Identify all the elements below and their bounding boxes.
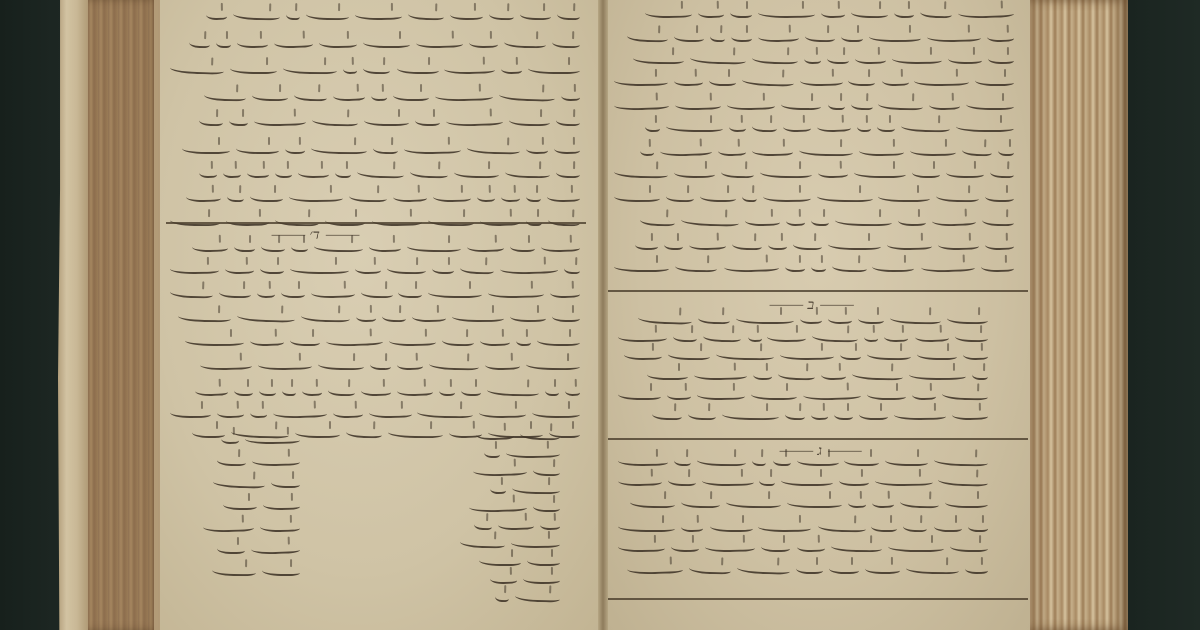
ink-word bbox=[841, 30, 863, 41]
left-section-divider bbox=[166, 222, 586, 224]
ink-word bbox=[226, 214, 269, 226]
handwritten-line bbox=[618, 560, 988, 576]
ink-word bbox=[946, 166, 984, 177]
ink-word bbox=[290, 334, 320, 345]
ink-word bbox=[442, 334, 474, 345]
ink-word bbox=[170, 286, 213, 298]
ink-word bbox=[885, 454, 928, 465]
ink-word bbox=[614, 190, 660, 201]
ink-word bbox=[729, 120, 746, 131]
ink-word bbox=[867, 388, 906, 399]
handwritten-line bbox=[618, 386, 988, 402]
ink-word bbox=[674, 454, 691, 465]
ink-word bbox=[460, 262, 494, 274]
ink-word bbox=[962, 144, 992, 156]
ink-word bbox=[397, 358, 423, 370]
ink-word bbox=[624, 348, 662, 359]
handwritten-line bbox=[170, 164, 580, 180]
ink-word bbox=[416, 36, 463, 48]
handwritten-line bbox=[190, 474, 300, 490]
ink-word bbox=[368, 406, 411, 418]
ink-word bbox=[800, 312, 822, 323]
ink-word bbox=[554, 142, 580, 153]
handwritten-line bbox=[614, 164, 1014, 180]
ink-word bbox=[382, 310, 406, 321]
ink-word bbox=[618, 454, 668, 466]
ink-word bbox=[781, 98, 821, 109]
ink-word bbox=[537, 334, 580, 345]
ink-word bbox=[326, 334, 383, 347]
ink-word bbox=[259, 384, 276, 395]
ink-word bbox=[681, 520, 704, 532]
handwritten-line bbox=[170, 356, 580, 372]
ink-word bbox=[742, 74, 794, 87]
ink-word bbox=[363, 62, 391, 74]
ink-word bbox=[933, 520, 961, 531]
ink-word bbox=[404, 142, 461, 154]
ink-word bbox=[821, 368, 846, 380]
ink-word bbox=[787, 496, 842, 507]
ink-word bbox=[407, 240, 461, 251]
ink-word bbox=[460, 536, 505, 548]
ink-word bbox=[857, 120, 871, 131]
ink-word bbox=[640, 144, 654, 155]
ink-word bbox=[942, 388, 988, 400]
ink-word bbox=[839, 474, 869, 485]
ink-word bbox=[844, 454, 879, 465]
ink-word bbox=[170, 262, 219, 274]
ink-word bbox=[370, 358, 391, 369]
ink-word bbox=[283, 62, 337, 74]
ink-word bbox=[854, 166, 906, 177]
ink-word bbox=[186, 190, 221, 202]
ink-word bbox=[262, 564, 300, 575]
handwritten-line bbox=[618, 366, 988, 382]
ink-word bbox=[710, 30, 725, 42]
ink-word bbox=[878, 98, 923, 110]
ink-word bbox=[233, 8, 280, 20]
ink-word bbox=[906, 562, 959, 574]
ink-word bbox=[509, 114, 550, 125]
ink-word bbox=[328, 384, 355, 396]
ink-word bbox=[415, 114, 440, 125]
ink-word bbox=[668, 474, 696, 485]
ink-word bbox=[480, 214, 520, 226]
ink-word bbox=[963, 348, 988, 359]
ink-word bbox=[667, 388, 692, 400]
ink-word bbox=[490, 482, 506, 493]
ink-word bbox=[817, 190, 873, 201]
ink-word bbox=[768, 238, 787, 249]
ink-word bbox=[828, 98, 845, 109]
ink-word bbox=[688, 408, 716, 420]
ink-word bbox=[393, 89, 429, 100]
ink-word bbox=[745, 214, 780, 226]
handwritten-line bbox=[460, 552, 560, 568]
right-page-stack bbox=[1030, 0, 1128, 630]
ink-word bbox=[640, 214, 675, 226]
ink-word bbox=[780, 348, 834, 360]
ink-word bbox=[890, 312, 941, 324]
ink-word bbox=[387, 262, 426, 273]
ink-word bbox=[408, 8, 444, 20]
ink-word bbox=[618, 474, 662, 486]
ink-word bbox=[827, 52, 849, 63]
ink-word bbox=[556, 166, 580, 177]
ink-word bbox=[618, 520, 675, 531]
ink-word bbox=[758, 30, 799, 42]
ink-word bbox=[484, 446, 500, 457]
ink-word bbox=[498, 518, 534, 530]
ink-word bbox=[178, 310, 231, 322]
ink-word bbox=[752, 144, 793, 156]
handwritten-line bbox=[190, 430, 300, 446]
ink-word bbox=[800, 74, 843, 86]
ink-word bbox=[645, 120, 660, 131]
ink-word bbox=[369, 240, 401, 251]
handwritten-line bbox=[170, 404, 580, 420]
ink-word bbox=[219, 286, 251, 297]
handwritten-line bbox=[170, 238, 580, 254]
ink-word bbox=[956, 120, 1014, 131]
ink-word bbox=[311, 286, 355, 298]
ink-word bbox=[828, 238, 881, 249]
ink-word bbox=[170, 62, 224, 75]
ink-word bbox=[450, 8, 483, 19]
ink-word bbox=[523, 572, 560, 583]
ink-word bbox=[835, 214, 892, 225]
ink-word bbox=[697, 454, 746, 466]
ink-word bbox=[848, 74, 876, 85]
ink-word bbox=[488, 286, 544, 298]
ink-word bbox=[675, 260, 717, 272]
handwritten-line bbox=[460, 516, 560, 532]
ink-word bbox=[752, 454, 766, 465]
ink-word bbox=[909, 368, 966, 379]
ink-word bbox=[929, 98, 960, 110]
ink-word bbox=[397, 62, 439, 73]
ink-word bbox=[454, 166, 499, 177]
handwritten-line bbox=[190, 562, 300, 578]
ink-word bbox=[528, 62, 580, 73]
ink-word bbox=[485, 358, 520, 370]
ink-word bbox=[753, 368, 772, 379]
handwritten-line bbox=[614, 50, 1014, 66]
ink-word bbox=[294, 89, 327, 101]
ink-word bbox=[356, 310, 376, 321]
ink-word bbox=[829, 562, 859, 573]
ink-word bbox=[778, 368, 815, 380]
ink-word bbox=[444, 62, 495, 74]
ink-word bbox=[694, 368, 747, 380]
ink-word bbox=[917, 348, 957, 359]
ink-word bbox=[501, 62, 522, 73]
ink-word bbox=[467, 240, 504, 252]
ink-word bbox=[295, 426, 340, 437]
ink-word bbox=[274, 36, 313, 48]
ink-word bbox=[781, 474, 833, 485]
ink-word bbox=[335, 166, 351, 177]
ink-word bbox=[312, 114, 358, 126]
ink-word bbox=[871, 520, 897, 531]
handwritten-line bbox=[460, 534, 560, 550]
ink-word bbox=[206, 8, 227, 19]
ink-word bbox=[510, 310, 546, 321]
ink-word bbox=[668, 348, 710, 360]
ink-word bbox=[500, 262, 558, 275]
ink-word bbox=[343, 62, 357, 73]
ink-word bbox=[892, 52, 942, 63]
ink-word bbox=[796, 562, 823, 573]
ink-word bbox=[467, 142, 520, 154]
ink-word bbox=[547, 214, 580, 226]
ink-word bbox=[252, 89, 288, 100]
ink-word bbox=[261, 240, 285, 251]
ink-word bbox=[333, 89, 365, 101]
handwritten-line bbox=[190, 518, 300, 534]
ink-word bbox=[864, 330, 878, 341]
ink-word bbox=[912, 388, 937, 400]
ink-word bbox=[225, 262, 254, 274]
ink-word bbox=[533, 500, 560, 511]
ink-word bbox=[273, 406, 327, 419]
ink-word bbox=[737, 562, 790, 575]
ink-word bbox=[192, 240, 228, 252]
ink-word bbox=[811, 260, 826, 271]
ink-word bbox=[817, 520, 865, 532]
ink-word bbox=[306, 8, 349, 20]
ink-word bbox=[878, 190, 930, 201]
ink-word bbox=[170, 214, 220, 226]
ink-word bbox=[627, 562, 683, 575]
handwritten-line bbox=[614, 258, 1014, 274]
ink-word bbox=[487, 384, 539, 396]
ink-word bbox=[355, 8, 402, 19]
ink-word bbox=[797, 454, 839, 465]
handwritten-line bbox=[614, 236, 1014, 252]
ink-word bbox=[428, 214, 474, 225]
ink-word bbox=[252, 454, 300, 466]
ink-word bbox=[938, 474, 988, 487]
ink-word bbox=[705, 540, 755, 552]
ink-word bbox=[526, 358, 580, 369]
ink-word bbox=[950, 540, 988, 551]
handwritten-line bbox=[618, 346, 988, 362]
ink-word bbox=[495, 590, 509, 601]
ink-word bbox=[237, 310, 295, 323]
right-manuscript-page: ⸻ ב ⸻ ⸻ ג ⸻ bbox=[608, 0, 1030, 630]
ink-word bbox=[263, 498, 300, 510]
left-page-stack bbox=[88, 0, 160, 630]
ink-word bbox=[703, 330, 741, 342]
ink-word bbox=[681, 496, 720, 508]
ink-word bbox=[638, 312, 692, 325]
ink-word bbox=[690, 52, 746, 64]
ink-word bbox=[371, 214, 421, 226]
ink-word bbox=[355, 262, 381, 274]
ink-word bbox=[731, 30, 752, 41]
ink-word bbox=[709, 74, 736, 85]
ink-word bbox=[727, 98, 775, 110]
ink-word bbox=[516, 334, 531, 345]
ink-word bbox=[742, 190, 757, 201]
ink-word bbox=[988, 52, 1014, 63]
ink-word bbox=[286, 8, 300, 19]
ink-word bbox=[804, 52, 821, 63]
ink-word bbox=[429, 358, 479, 370]
ink-word bbox=[948, 52, 982, 63]
ink-word bbox=[533, 464, 560, 476]
ink-word bbox=[985, 238, 1014, 250]
ink-word bbox=[927, 30, 981, 42]
ink-word bbox=[811, 214, 829, 225]
ink-word bbox=[557, 8, 580, 20]
ink-word bbox=[550, 286, 580, 298]
ink-word bbox=[674, 166, 715, 177]
ink-word bbox=[469, 36, 498, 47]
ink-word bbox=[666, 120, 723, 131]
ink-word bbox=[227, 190, 244, 201]
ink-word bbox=[397, 384, 433, 396]
ink-word bbox=[223, 166, 241, 178]
ink-word bbox=[859, 144, 904, 156]
ink-word bbox=[614, 98, 670, 111]
ink-word bbox=[250, 334, 284, 346]
ink-word bbox=[412, 310, 446, 322]
ink-word bbox=[614, 260, 669, 271]
ink-word bbox=[257, 286, 275, 298]
handwritten-line bbox=[170, 260, 580, 276]
ink-word bbox=[751, 388, 797, 399]
ink-word bbox=[199, 114, 223, 125]
ink-word bbox=[510, 240, 535, 251]
ink-word bbox=[894, 408, 946, 419]
handwritten-line bbox=[614, 188, 1014, 204]
ink-word bbox=[647, 368, 688, 379]
ink-word bbox=[674, 30, 704, 41]
ink-word bbox=[618, 540, 665, 552]
left-manuscript-page: ⸻ ד׳ ⸻ bbox=[160, 0, 602, 630]
ink-word bbox=[371, 89, 387, 100]
ink-word bbox=[783, 120, 811, 132]
ink-word bbox=[388, 426, 443, 438]
ink-word bbox=[803, 388, 861, 401]
ink-word bbox=[718, 144, 746, 156]
ink-word bbox=[614, 74, 668, 85]
ink-word bbox=[785, 260, 805, 271]
ink-word bbox=[882, 74, 909, 86]
ink-word bbox=[767, 330, 806, 341]
ink-word bbox=[793, 238, 822, 250]
ink-word bbox=[410, 166, 448, 178]
ink-word bbox=[435, 89, 493, 101]
ink-word bbox=[552, 310, 580, 321]
handwritten-line bbox=[460, 480, 560, 496]
ink-word bbox=[290, 262, 349, 273]
dark-background-right bbox=[1128, 0, 1200, 630]
ink-word bbox=[469, 500, 527, 513]
ink-word bbox=[302, 384, 322, 395]
ink-word bbox=[894, 6, 914, 17]
ink-word bbox=[674, 74, 704, 86]
ink-word bbox=[540, 518, 560, 530]
ink-word bbox=[618, 330, 667, 342]
ink-word bbox=[998, 144, 1014, 155]
ink-word bbox=[859, 408, 888, 419]
ink-word bbox=[275, 166, 292, 177]
ink-word bbox=[291, 240, 308, 251]
ink-word bbox=[213, 476, 265, 489]
ink-word bbox=[250, 406, 267, 417]
ink-word bbox=[556, 114, 580, 126]
handwritten-line bbox=[170, 140, 580, 156]
ink-word bbox=[461, 384, 481, 395]
handwritten-line bbox=[170, 87, 580, 103]
ink-word bbox=[821, 6, 845, 18]
ink-word bbox=[271, 476, 300, 487]
ink-word bbox=[752, 120, 777, 131]
ink-word bbox=[200, 358, 252, 370]
ink-word bbox=[217, 406, 244, 418]
ink-word bbox=[981, 260, 1014, 272]
ink-word bbox=[428, 286, 482, 297]
ink-word bbox=[698, 312, 730, 324]
ink-word bbox=[966, 98, 1014, 109]
handwritten-line bbox=[614, 72, 1014, 88]
ink-word bbox=[373, 142, 398, 153]
handwritten-line bbox=[460, 588, 560, 604]
ink-word bbox=[182, 142, 230, 153]
ink-word bbox=[701, 474, 753, 486]
ink-word bbox=[865, 562, 900, 573]
ink-word bbox=[831, 540, 882, 552]
ink-word bbox=[195, 384, 228, 396]
ink-word bbox=[848, 496, 866, 507]
ink-word bbox=[282, 384, 296, 395]
ink-word bbox=[747, 330, 761, 341]
handwritten-line bbox=[614, 4, 1014, 20]
ink-word bbox=[229, 114, 248, 125]
ink-word bbox=[357, 166, 404, 178]
ink-word bbox=[364, 114, 409, 125]
ink-word bbox=[635, 238, 658, 249]
ink-word bbox=[281, 286, 305, 297]
ink-word bbox=[446, 114, 503, 127]
ink-word bbox=[818, 166, 848, 178]
ink-word bbox=[673, 330, 698, 341]
ink-word bbox=[501, 190, 520, 202]
ink-word bbox=[314, 240, 363, 252]
ink-word bbox=[541, 240, 580, 252]
ink-word bbox=[565, 384, 580, 395]
ink-word bbox=[526, 190, 541, 201]
handwritten-line bbox=[460, 498, 560, 514]
ink-word bbox=[666, 190, 694, 201]
ink-word bbox=[332, 406, 362, 418]
handwritten-line bbox=[170, 112, 580, 128]
ink-word bbox=[250, 190, 283, 201]
handwritten-line bbox=[190, 452, 300, 468]
ink-word bbox=[477, 190, 495, 202]
handwritten-line bbox=[170, 382, 580, 398]
ink-word bbox=[697, 388, 745, 400]
handwritten-line bbox=[618, 538, 988, 554]
ink-word bbox=[633, 52, 684, 64]
ink-word bbox=[393, 190, 427, 202]
ink-word bbox=[480, 334, 510, 346]
ink-word bbox=[914, 74, 969, 86]
ink-word bbox=[361, 384, 391, 396]
